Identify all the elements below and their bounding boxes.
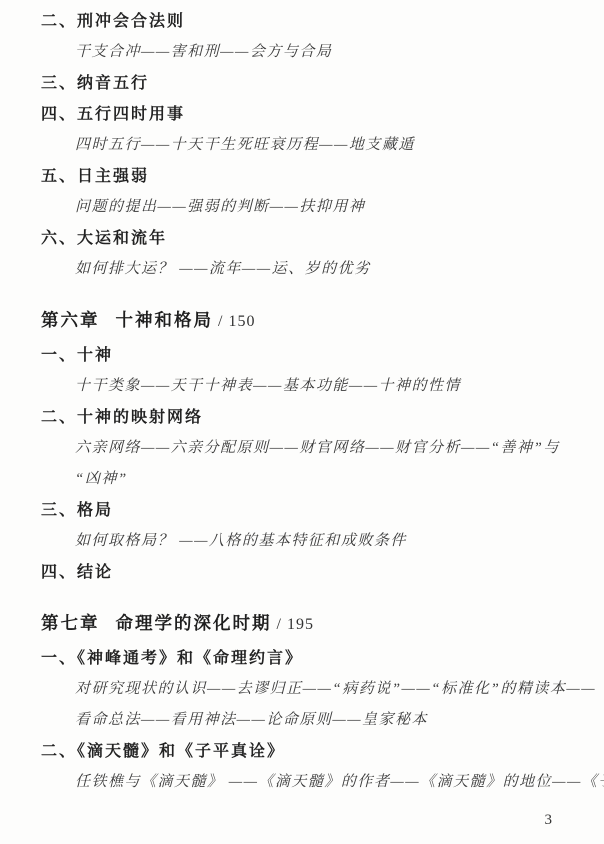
toc-subline: 如何排大运？ ——流年——运、岁的优劣 — [41, 254, 580, 285]
toc-lines: 二、刑冲会合法则干支合冲——害和刑——会方与合局三、纳音五行四、五行四时用事四时… — [41, 6, 580, 798]
toc-item: 一、《神峰通考》和《命理约言》 — [41, 643, 580, 674]
chapter-page-ref: / 195 — [272, 616, 314, 633]
toc-item: 一、十神 — [41, 340, 580, 371]
toc-subline: “凶神” — [41, 464, 580, 495]
page-number: 3 — [545, 812, 553, 829]
chapter-label: 第七章 — [41, 613, 100, 633]
toc-subline: 十干类象——天干十神表——基本功能——十神的性情 — [41, 371, 580, 402]
chapter-title: 命理学的深化时期 — [116, 613, 272, 633]
toc-item: 三、格局 — [41, 495, 580, 526]
toc-item: 二、刑冲会合法则 — [41, 6, 580, 37]
toc-subline: 如何取格局？ ——八格的基本特征和成败条件 — [41, 526, 580, 557]
chapter-heading: 第七章命理学的深化时期 / 195 — [41, 608, 580, 639]
chapter-heading: 第六章十神和格局 / 150 — [41, 305, 580, 336]
toc-subline: 问题的提出——强弱的判断——扶抑用神 — [41, 192, 580, 223]
toc-item: 二、十神的映射网络 — [41, 402, 580, 433]
toc-item: 二、《滴天髓》和《子平真诠》 — [41, 736, 580, 767]
toc-subline: 六亲网络——六亲分配原则——财官网络——财官分析——“善神”与 — [41, 433, 580, 464]
toc-subline: 看命总法——看用神法——论命原则——皇家秘本 — [41, 705, 580, 736]
chapter-title: 十神和格局 — [116, 310, 214, 330]
toc-item: 五、日主强弱 — [41, 161, 580, 192]
book-page: 二、刑冲会合法则干支合冲——害和刑——会方与合局三、纳音五行四、五行四时用事四时… — [0, 0, 604, 844]
chapter-page-ref: / 150 — [213, 313, 255, 330]
toc-subline: 任铁樵与《滴天髓》 ——《滴天髓》的作者——《滴天髓》的地位——《子 — [41, 767, 580, 798]
toc-subline: 干支合冲——害和刑——会方与合局 — [41, 37, 580, 68]
toc-item: 四、结论 — [41, 557, 580, 588]
toc-subline: 四时五行——十天干生死旺衰历程——地支藏遁 — [41, 130, 580, 161]
toc-item: 三、纳音五行 — [41, 68, 580, 99]
toc-subline: 对研究现状的认识——去谬归正——“病药说”——“标准化”的精读本—— — [41, 674, 580, 705]
chapter-label: 第六章 — [41, 310, 100, 330]
toc-item: 四、五行四时用事 — [41, 99, 580, 130]
toc-item: 六、大运和流年 — [41, 223, 580, 254]
